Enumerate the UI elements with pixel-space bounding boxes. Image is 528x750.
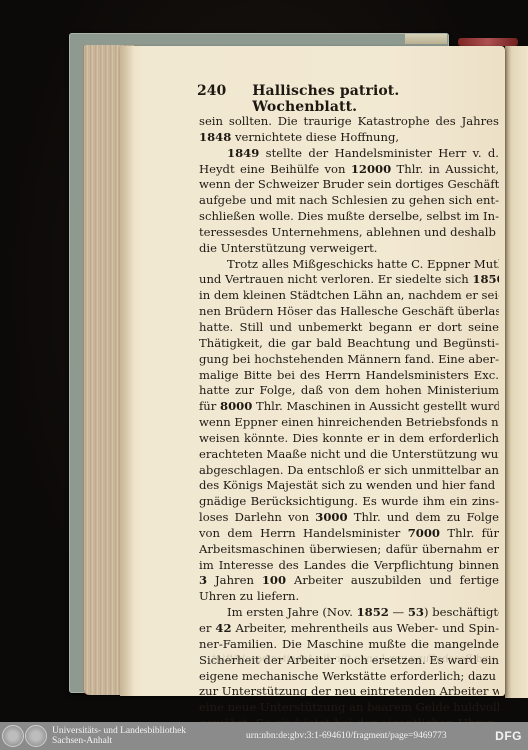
university-seal-icon	[2, 725, 24, 747]
text-line: Arbeitsmaschinen überwiesen; dafür übern…	[199, 542, 499, 558]
text-line: abgeschlagen. Da entschloß er sich unmit…	[199, 463, 499, 479]
adjacent-page-edge	[505, 46, 528, 698]
text-line: ner-Familien. Die Maschine mußte die man…	[199, 637, 499, 653]
library-name[interactable]: Universitäts- und Landesbibliothek Sachs…	[52, 726, 186, 747]
library-seals	[2, 725, 47, 747]
text-line: 1848 vernichtete diese Hoffnung,	[199, 130, 499, 146]
text-line: wenn Eppner einen hinreichenden Betriebs…	[199, 415, 499, 431]
text-line: des Königs Majestät sich zu wenden und h…	[199, 478, 499, 494]
library-name-line1: Universitäts- und Landesbibliothek	[52, 726, 186, 737]
text-line: weisen könnte. Dies konnte er in dem erf…	[199, 431, 499, 447]
text-line: hatte. Still und unbemerkt begann er dor…	[199, 320, 499, 336]
text-line: 3 Jahren 100 Arbeiter auszubilden und fe…	[199, 573, 499, 589]
text-line: loses Darlehn von 3000 Thlr. und dem zu …	[199, 510, 499, 526]
text-line: Trotz alles Mißgeschicks hatte C. Eppner…	[199, 257, 499, 273]
text-line: in dem kleinen Städtchen Lähn an, nachde…	[199, 288, 499, 304]
text-line: im Interesse des Landes die Verpflichtun…	[199, 558, 499, 574]
text-line: teressesdes Unternehmens, ablehnen und d…	[199, 225, 499, 241]
journal-title: Hallisches patriot. Wochenblatt.	[252, 83, 497, 115]
text-line: er 42 Arbeiter, mehrentheils aus Weber- …	[199, 621, 499, 637]
text-line: Im ersten Jahre (Nov. 1852 — 53) beschäf…	[199, 605, 499, 621]
urn-link[interactable]: urn:nbn:de:gbv:3:1-694610/fragment/page=…	[246, 731, 447, 741]
page-number: 240	[197, 83, 252, 99]
bookmark-ribbon	[458, 38, 518, 46]
text-line: und Vertrauen nicht verloren. Er siedelt…	[199, 272, 499, 288]
footer-bar: Universitäts- und Landesbibliothek Sachs…	[0, 722, 528, 750]
library-name-line2: Sachsen-Anhalt	[52, 736, 186, 747]
text-line: die Unterstützung verweigert.	[199, 241, 499, 257]
show-through-text: und Beschaffung von Lande für die Arbeit…	[215, 654, 495, 665]
book-headband	[405, 34, 447, 44]
text-line: von dem Herrn Handelsminister 7000 Thlr.…	[199, 526, 499, 542]
text-line: gung bei hochstehenden Männern fand. Ein…	[199, 352, 499, 368]
text-line: wenn der Schweizer Bruder sein dortiges …	[199, 177, 499, 193]
text-line: Uhren zu liefern.	[199, 589, 499, 605]
text-line: 1849 stellte der Handelsminister Herr v.…	[199, 146, 499, 162]
text-line: erachteten Maaße nicht und die Unterstüt…	[199, 447, 499, 463]
text-line: malige Bitte bei des Herrn Handelsminist…	[199, 368, 499, 384]
text-line: Thätigkeit, die gar bald Beachtung und B…	[199, 336, 499, 352]
text-line: gnädige Berücksichtigung. Es wurde ihm e…	[199, 494, 499, 510]
text-line: Heydt eine Beihülfe von 12000 Thlr. in A…	[199, 162, 499, 178]
dfg-logo[interactable]: DFG	[495, 729, 522, 743]
text-line: eine neue Unterstützung an baarem Gelde …	[199, 700, 499, 716]
text-line: nen Brüdern Höser das Hallesche Geschäft…	[199, 304, 499, 320]
text-line: aufgebe und mit nach Schlesien zu gehen …	[199, 193, 499, 209]
library-seal-icon	[25, 725, 47, 747]
text-line: für 8000 Thlr. Maschinen in Aussicht ges…	[199, 399, 499, 415]
text-line: sein sollten. Die traurige Katastrophe d…	[199, 114, 499, 130]
text-line: hatte zur Folge, daß von dem hohen Minis…	[199, 383, 499, 399]
running-head: 240 Hallisches patriot. Wochenblatt.	[197, 83, 497, 103]
text-line: zur Unterstützung der neu eintretenden A…	[199, 684, 499, 700]
body-text: sein sollten. Die traurige Katastrophe d…	[199, 114, 499, 732]
text-line: schließen wolle. Dies mußte derselbe, se…	[199, 209, 499, 225]
text-line: eigene mechanische Werkstätte erforderli…	[199, 669, 499, 685]
